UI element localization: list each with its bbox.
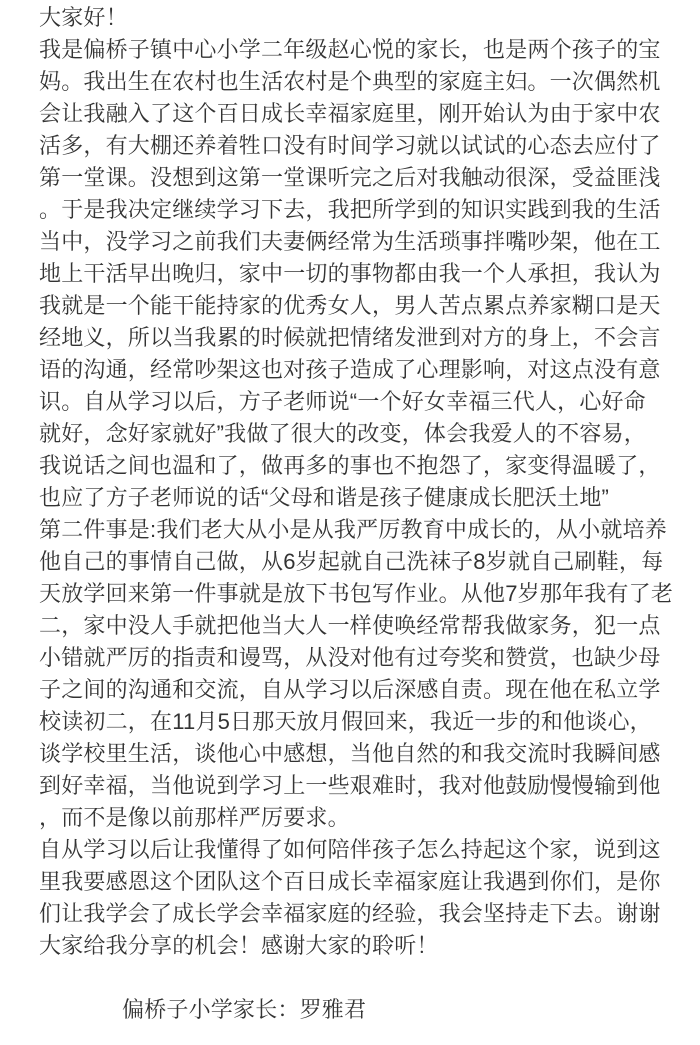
text-line: 里我要感恩这个团队这个百日成长幸福家庭让我遇到你们，是你 xyxy=(39,866,700,898)
text-line: 妈。我出生在农村也生活农村是个典型的家庭主妇。一次偶然机 xyxy=(39,66,700,98)
text-line: 天放学回来第一件事就是放下书包写作业。从他7岁那年我有了老 xyxy=(39,578,700,610)
text-line: 谈学校里生活，谈他心中感想，当他自然的和我交流时我瞬间感 xyxy=(39,738,700,770)
paragraph-second-story: 第二件事是:我们老大从小是从我严厉教育中成长的，从小就培养 他自己的事情自己做，… xyxy=(39,514,700,834)
signature-line: 偏桥子小学家长：罗雅君 xyxy=(122,994,700,1026)
paragraph-gratitude: 自从学习以后让我懂得了如何陪伴孩子怎么持起这个家，说到这 里我要感恩这个团队这个… xyxy=(39,834,700,962)
text-line: 语的沟通，经常吵架这也对孩子造成了心理影响，对这点没有意 xyxy=(39,354,700,386)
text-line: 就好，念好家就好”我做了很大的改变，体会我爱人的不容易， xyxy=(39,418,700,450)
paragraph-greeting: 大家好！ xyxy=(39,2,700,34)
text-line: ，而不是像以前那样严厉要求。 xyxy=(39,802,700,834)
text-line: 们让我学会了成长学会幸福家庭的经验，我会坚持走下去。谢谢 xyxy=(39,898,700,930)
text-line: 活多，有大棚还养着牲口没有时间学习就以试试的心态去应付了 xyxy=(39,130,700,162)
text-line: 大家给我分享的机会！感谢大家的聆听！ xyxy=(39,930,700,962)
text-line: 我是偏桥子镇中心小学二年级赵心悦的家长，也是两个孩子的宝 xyxy=(39,34,700,66)
text-line: 我说话之间也温和了，做再多的事也不抱怨了，家变得温暖了， xyxy=(39,450,700,482)
text-line: 小错就严厉的指责和谩骂，从没对他有过夸奖和赞赏，也缺少母 xyxy=(39,642,700,674)
text-line: 地上干活早出晚归，家中一切的事物都由我一个人承担，我认为 xyxy=(39,258,700,290)
text-line: 识。自从学习以后，方子老师说“一个好女幸福三代人，心好命 xyxy=(39,386,700,418)
text-line: 也应了方子老师说的话“父母和谐是孩子健康成长肥沃土地” xyxy=(39,482,700,514)
text-line: 当中，没学习之前我们夫妻俩经常为生活琐事拌嘴吵架，他在工 xyxy=(39,226,700,258)
text-line: 校读初二，在11月5日那天放月假回来，我近一步的和他谈心， xyxy=(39,706,700,738)
paragraph-first-story: 我是偏桥子镇中心小学二年级赵心悦的家长，也是两个孩子的宝 妈。我出生在农村也生活… xyxy=(39,34,700,514)
text-line: 经地义，所以当我累的时候就把情绪发泄到对方的身上，不会言 xyxy=(39,322,700,354)
signature-block: 偏桥子小学家长：罗雅君 xyxy=(39,994,700,1026)
text-line: 子之间的沟通和交流，自从学习以后深感自责。现在他在私立学 xyxy=(39,674,700,706)
text-line: 二，家中没人手就把他当大人一样使唤经常帮我做家务，犯一点 xyxy=(39,610,700,642)
text-line: 我就是一个能干能持家的优秀女人，男人苦点累点养家糊口是天 xyxy=(39,290,700,322)
text-line: 第一堂课。没想到这第一堂课听完之后对我触动很深，受益匪浅 xyxy=(39,162,700,194)
text-line: 到好幸福，当他说到学习上一些艰难时，我对他鼓励慢慢输到他 xyxy=(39,770,700,802)
text-line: 自从学习以后让我懂得了如何陪伴孩子怎么持起这个家，说到这 xyxy=(39,834,700,866)
text-line: 大家好！ xyxy=(39,2,700,34)
letter-document: 大家好！ 我是偏桥子镇中心小学二年级赵心悦的家长，也是两个孩子的宝 妈。我出生在… xyxy=(0,0,700,1026)
text-line: 会让我融入了这个百日成长幸福家庭里，刚开始认为由于家中农 xyxy=(39,98,700,130)
text-line: 他自己的事情自己做，从6岁起就自己洗袜子8岁就自己刷鞋，每 xyxy=(39,546,700,578)
text-line: 第二件事是:我们老大从小是从我严厉教育中成长的，从小就培养 xyxy=(39,514,700,546)
text-line: 。于是我决定继续学习下去，我把所学到的知识实践到我的生活 xyxy=(39,194,700,226)
